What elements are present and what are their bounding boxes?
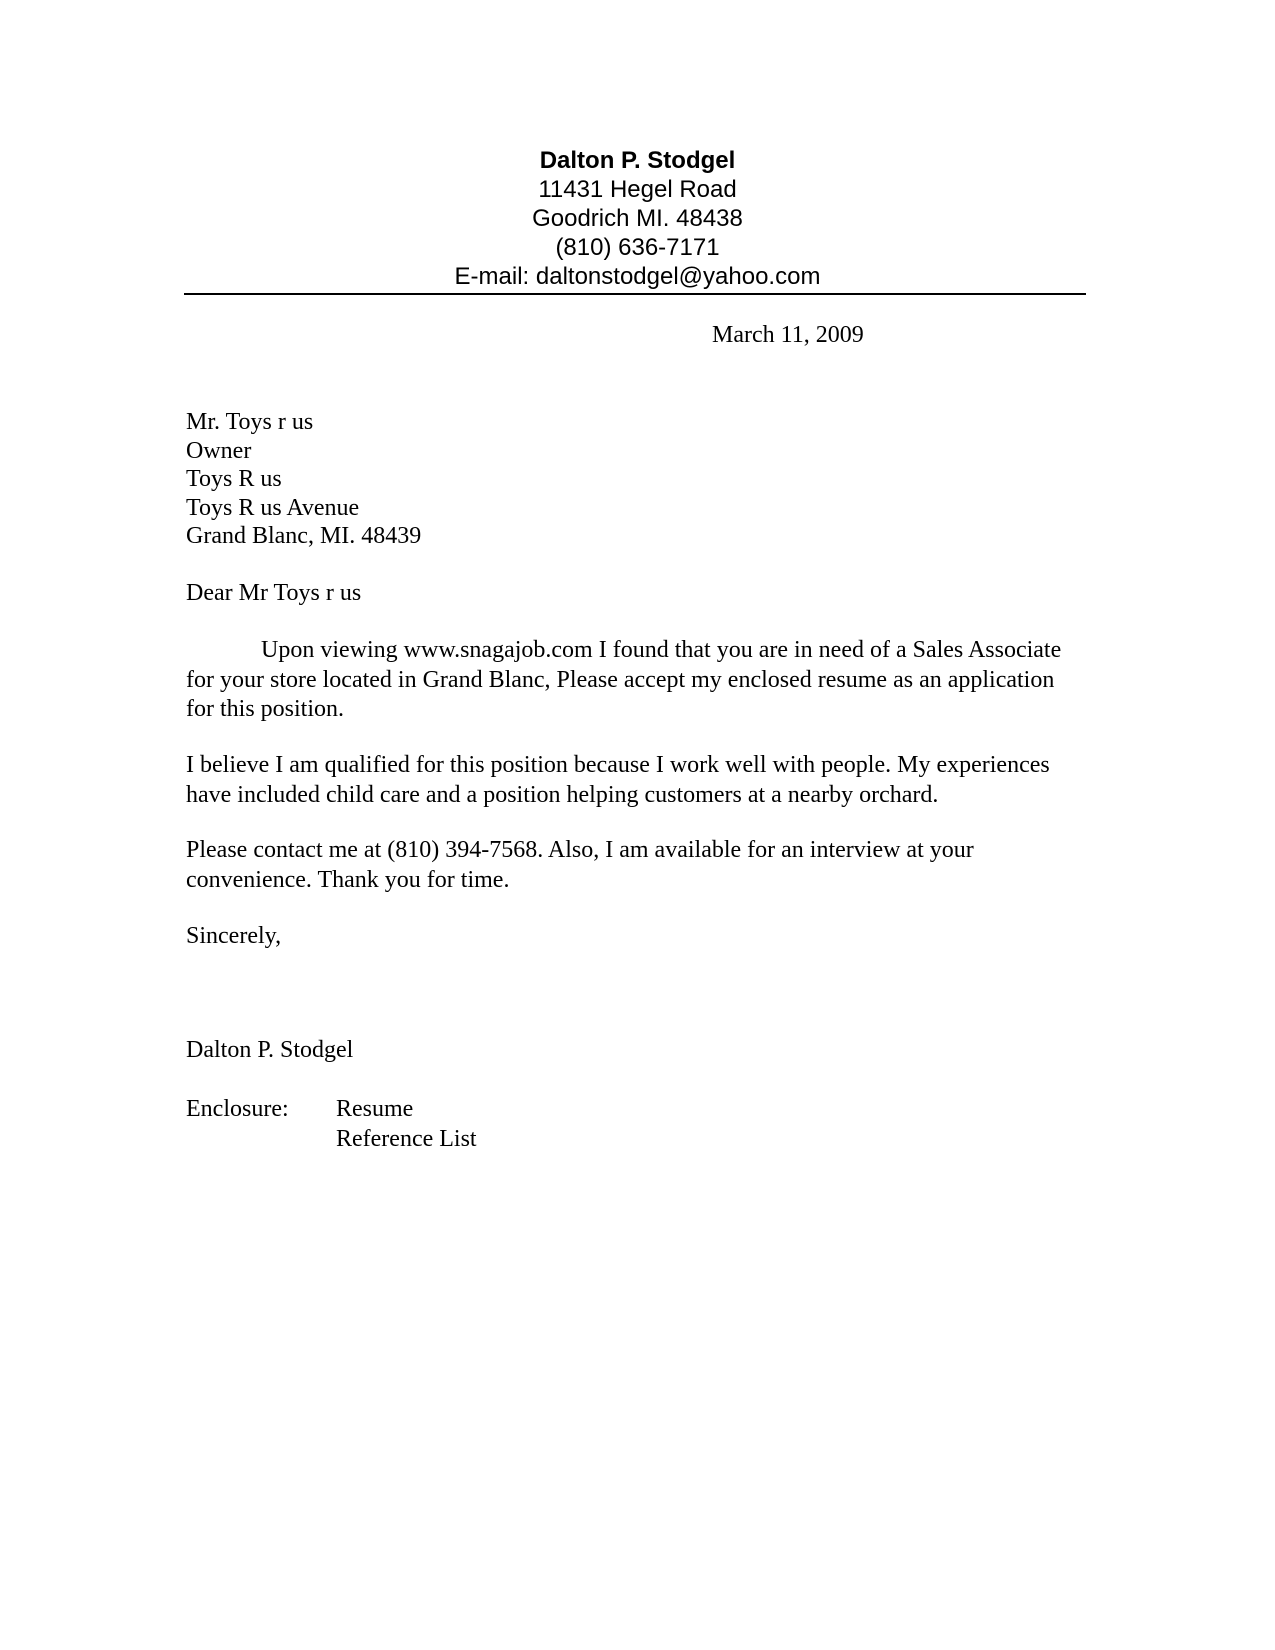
body-paragraph-3: Please contact me at (810) 394-7568. Als… — [186, 836, 1086, 895]
recipient-line: Toys R us Avenue — [186, 494, 421, 523]
sender-email: E-mail: daltonstodgel@yahoo.com — [0, 262, 1275, 291]
body-paragraph-1: Upon viewing www.snagajob.com I found th… — [186, 636, 1086, 725]
sender-city: Goodrich MI. 48438 — [0, 204, 1275, 233]
paragraph-text: I believe I am qualified for this positi… — [186, 751, 1086, 810]
sender-phone: (810) 636-7171 — [0, 233, 1275, 262]
recipient-line: Toys R us — [186, 465, 421, 494]
paragraph-text: Upon viewing www.snagajob.com I found th… — [186, 636, 1086, 725]
enclosure-item: Resume — [336, 1094, 477, 1124]
salutation: Dear Mr Toys r us — [186, 579, 361, 608]
paragraph-text: Please contact me at (810) 394-7568. Als… — [186, 836, 1086, 895]
signature-name: Dalton P. Stodgel — [186, 1036, 353, 1065]
recipient-address: Mr. Toys r us Owner Toys R us Toys R us … — [186, 408, 421, 551]
enclosure-list: Resume Reference List — [336, 1094, 477, 1154]
sender-street: 11431 Hegel Road — [0, 175, 1275, 204]
header-divider — [184, 293, 1086, 295]
recipient-line: Mr. Toys r us — [186, 408, 421, 437]
recipient-line: Grand Blanc, MI. 48439 — [186, 522, 421, 551]
enclosure-label: Enclosure: — [186, 1094, 289, 1124]
sender-name: Dalton P. Stodgel — [0, 146, 1275, 175]
letter-date: March 11, 2009 — [712, 322, 864, 349]
body-paragraph-2: I believe I am qualified for this positi… — [186, 751, 1086, 810]
recipient-line: Owner — [186, 437, 421, 466]
letterhead: Dalton P. Stodgel 11431 Hegel Road Goodr… — [0, 146, 1275, 291]
enclosure-item: Reference List — [336, 1124, 477, 1154]
closing: Sincerely, — [186, 922, 281, 951]
